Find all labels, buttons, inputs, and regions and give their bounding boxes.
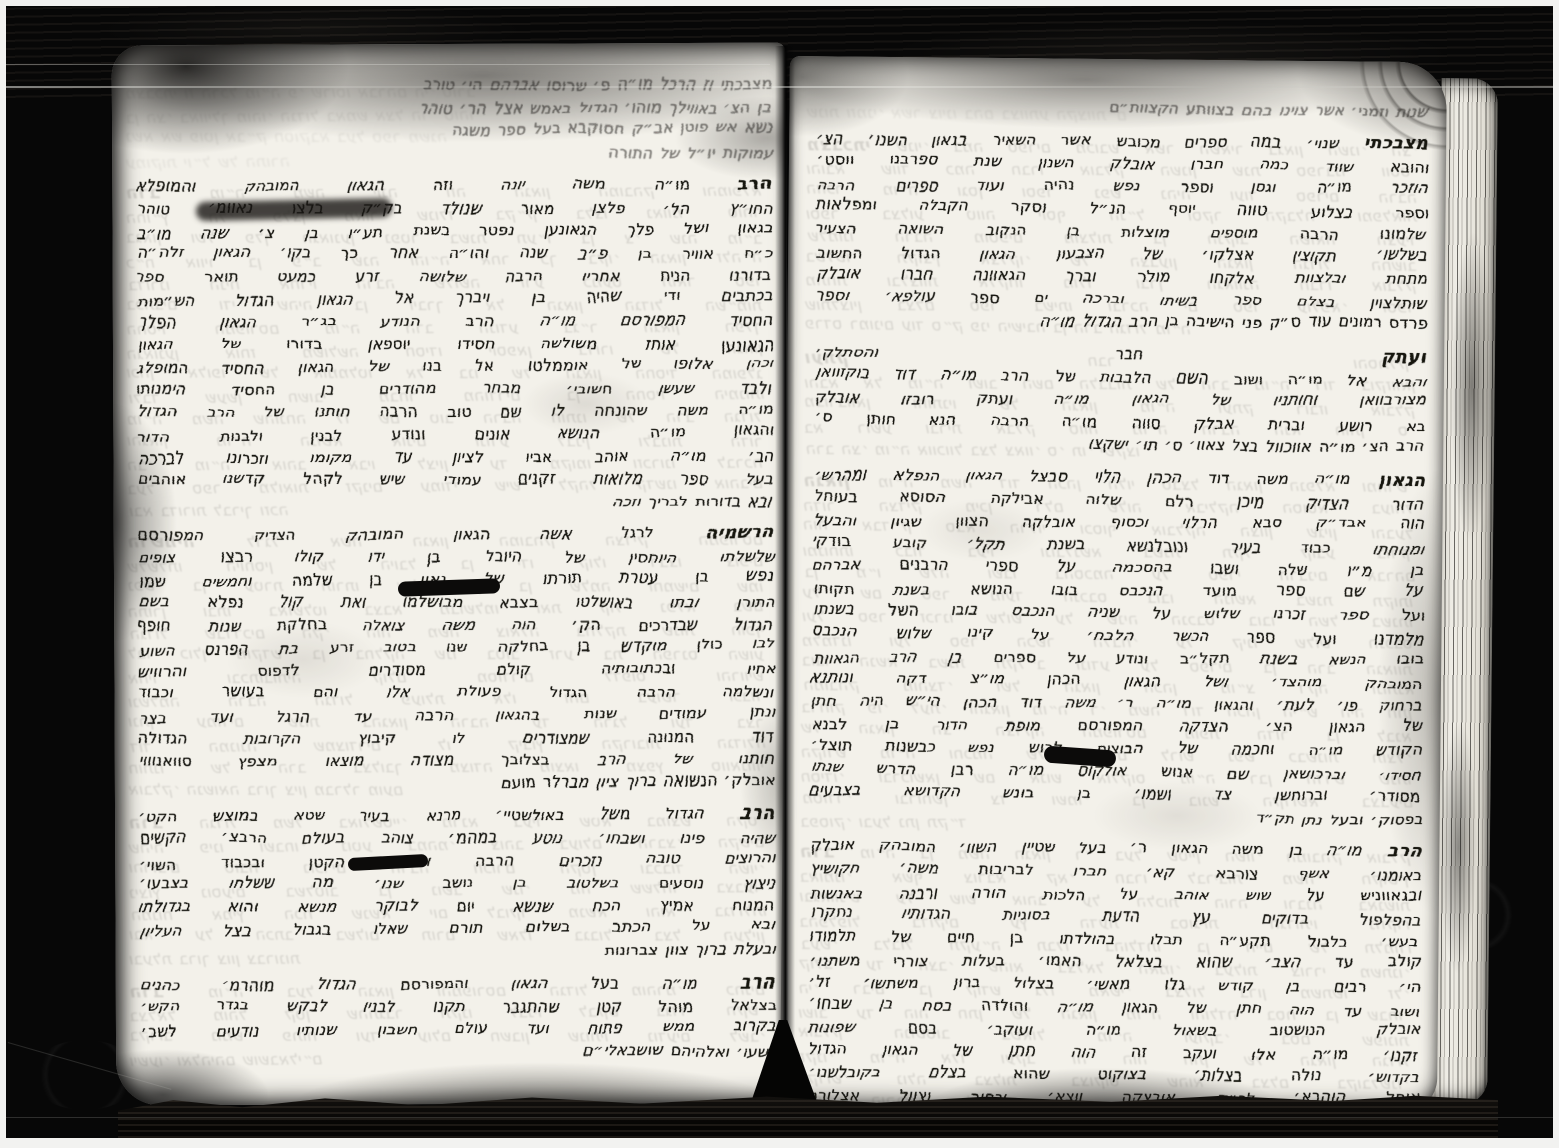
paragraph-lead: הרב xyxy=(704,804,775,824)
paragraph-lead: מצבכתי xyxy=(1338,133,1428,154)
text-line: דוד המנונה שמצודרים לו קיבוץ הקרובות הגד… xyxy=(137,726,773,750)
text-line: קולב עד הצב׳ שהוא בצלאל האמו׳ בעלות צורר… xyxy=(809,949,1420,974)
manuscript-photo: מצבכתי וז הרכל מו״ה פ׳ שרוסו אברהם הי׳ ט… xyxy=(0,0,1559,1148)
text-line: פרדס רמונים עוד ס״ק פני הישיבה בן הרב הג… xyxy=(815,309,1426,334)
text-line: ניצוץ נוסעים בשלטוב בן נושב שנו׳ מה ששלח… xyxy=(139,872,775,895)
paragraph-lead: הרב xyxy=(689,174,773,194)
paragraph: הרב מו״ה בן משה הגאון ר׳ בעל שטיין השוו׳… xyxy=(808,835,1422,1135)
paragraph: הרשמיה לרגל אשה הגאון המובהק הצדיק המפור… xyxy=(138,522,775,796)
paragraph: הרב מו״ה בעל הגאון והמפורסם הגדול מוהרמ׳… xyxy=(140,971,776,1064)
right-page: שנות וזמני׳ אשר צוינו בהם בצוותע הקצוות״… xyxy=(780,56,1447,1112)
paragraph-lead: הרב xyxy=(697,972,776,992)
text-line: כ״ח אוויר בן פ״ב שנה והו״ה אחר כך בקו׳ ה… xyxy=(137,242,773,265)
text-line: הרשמיה לרגל אשה הגאון המובהק הצדיק המפור… xyxy=(138,522,774,547)
text-line: ובעלת ברוך צוון צברונות xyxy=(140,939,776,964)
book-gutter-crease xyxy=(775,46,795,1104)
text-line: על שם ספר מועד הנכבס בובו הנושא בשנת תקו… xyxy=(813,578,1424,603)
book-bottom-edge xyxy=(118,1094,1498,1138)
paragraph-lead: הרשמיה xyxy=(654,523,773,544)
right-page-text: שנות וזמני׳ אשר צוינו בהם בצוותע הקצוות״… xyxy=(780,56,1447,1112)
text-line: עמוקות יו״ל של התורה xyxy=(136,141,772,164)
text-line: שהיה פינו ושבחו׳ נוטע במהמ׳ צוהב בעולם ה… xyxy=(139,827,775,850)
paragraph: ועתק חבר והסתלק׳והבא אל מו״ה ושוב השם הל… xyxy=(814,340,1426,459)
paragraph-lead: הגאון xyxy=(1350,469,1425,490)
paragraph-lead: ועתק xyxy=(1143,344,1426,367)
text-line: ולבד שעשן חשובי׳ מבחר מהודרים בן החסיד ה… xyxy=(135,377,771,401)
text-line: הרב הגדול משל באולשטיי׳ מרנא בעיר שטא במ… xyxy=(139,803,775,828)
paragraph: מצבכתי וז הרכל מו״ה פ׳ שרוסו אברהם הי׳ ט… xyxy=(136,73,772,166)
paragraph: מצבכתי שנוי׳ במה ספרים מכובש אשר השאיר ב… xyxy=(815,127,1428,336)
text-line: בעל ספר מלואות זקנים עמודי שיש לקהל קדשנ… xyxy=(138,468,774,491)
text-line: ונתן עמודים שנות בהגאון הרבה עד הרגל ועד… xyxy=(139,701,775,730)
text-line: החסיד המפורסם מו״ה הרב הנודע בג״ר הגאון … xyxy=(137,309,773,334)
text-line: הרב מו״ה משה יונה וזה הגאון המובהק והמופ… xyxy=(136,173,772,198)
text-line: נשא אש פוטן אב״ק חסוקבא בעל ספר משגה xyxy=(136,116,772,145)
paragraph: הרב מו״ה משה יונה וזה הגאון המובהק והמופ… xyxy=(136,173,773,515)
text-line: מצבכתי וז הרכל מו״ה פ׳ שרוסו אברהם הי׳ ט… xyxy=(136,73,772,98)
text-line: ובא בדורות לבריך וזכה xyxy=(136,490,772,514)
paragraph-lead: הרב xyxy=(1361,841,1421,862)
text-line: אחיו ובכתובותיה קולם מסודרים לדפוס והרוו… xyxy=(138,657,774,682)
text-line: שנות וזמני׳ אשר צוינו בהם בצוותע הקצוות״… xyxy=(817,94,1428,122)
text-line: וישעו׳ ואלהיהם שושבאלי״ם xyxy=(140,1040,776,1063)
text-line: בצלאל מוהל קטן שהתגבר תקנו לבניו לבקש בג… xyxy=(140,995,776,1018)
text-line: אובלק׳ הנשואה ברוך ציון מברלר מועם xyxy=(139,768,775,797)
text-line: של הגאון הצ׳ הצדקה המפורסם מופת הדור בן … xyxy=(812,714,1423,739)
text-line: בשלשו׳ תקוצין אצלקו׳ של הצבעון הגאון הגד… xyxy=(816,242,1427,267)
paragraph: הגאון מו״ה משה דוד הכהן הלוי סבצל הגאון … xyxy=(811,463,1425,830)
text-line: הרב מו״ה בעל הגאון והמפורסם הגדול מוהרמ׳… xyxy=(140,971,776,996)
paragraph: שנות וזמני׳ אשר צוינו בהם בצוותע הקצוות״… xyxy=(817,94,1428,122)
paragraph: הרב הגדול משל באולשטיי׳ מרנא בעיר שטא במ… xyxy=(139,803,776,964)
